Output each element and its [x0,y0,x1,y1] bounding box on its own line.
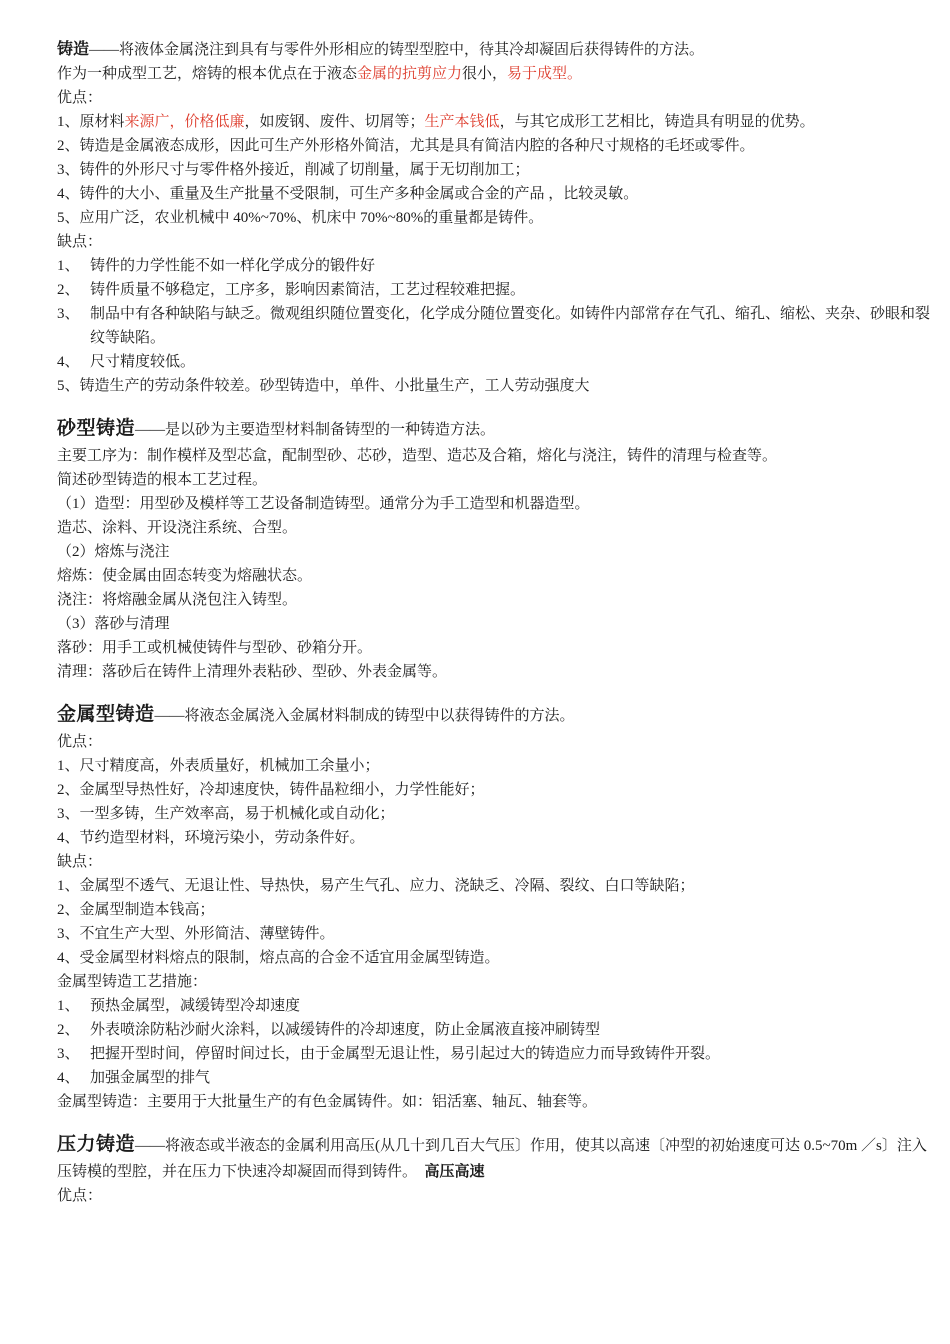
text-line: 清理：落砂后在铸件上清理外表粘砂、型砂、外表金属等。 [57,660,936,684]
text-line: 金属型铸造：主要用于大批量生产的有色金属铸件。如：铝活塞、轴瓦、轴套等。 [57,1090,936,1114]
text-segment: ——将液态金属浇入金属材料制成的铸型中以获得铸件的方法。 [155,708,575,724]
text-segment: 把握开型时间，停留时间过长，由于金属型无退让性，易引起过大的铸造应力而导致铸件开… [90,1046,720,1062]
text-segment: 清理：落砂后在铸件上清理外表粘砂、型砂、外表金属等。 [57,664,447,680]
section-heading: 砂型铸造 [57,418,135,439]
text-segment: 2、金属型导热性好，冷却速度快，铸件晶粒细小，力学性能好； [57,782,485,798]
text-segment: 外表喷涂防粘沙耐火涂料，以减缓铸件的冷却速度，防止金属液直接冲刷铸型 [90,1022,600,1038]
text-segment: 2、铸造是金属液态成形，因此可生产外形格外简洁，尤其是具有简洁内腔的各种尺寸规格… [57,138,755,154]
text-segment: 金属型铸造：主要用于大批量生产的有色金属铸件。如：铝活塞、轴瓦、轴套等。 [57,1094,597,1110]
section-heading: 金属型铸造 [57,704,155,725]
text-line: 缺点： [57,850,936,874]
text-line: 金属型铸造工艺措施： [57,970,936,994]
numbered-item: 3、把握开型时间，停留时间过长，由于金属型无退让性，易引起过大的铸造应力而导致铸… [57,1042,936,1066]
text-segment: 缺点： [57,234,102,250]
text-segment: 2、金属型制造本钱高； [57,902,215,918]
text-segment: 简述砂型铸造的根本工艺过程。 [57,472,267,488]
text-segment: （1）造型：用型砂及模样等工艺设备制造铸型。通常分为手工造型和机器造型。 [57,496,590,512]
item-number: 3、 [57,1042,90,1066]
text-line: 1、金属型不透气、无退让性、导热快，易产生气孔、应力、浇缺乏、冷隔、裂纹、白口等… [57,874,936,898]
text-segment: 优点： [57,90,102,106]
text-segment: 造芯、涂料、开设浇注系统、合型。 [57,520,297,536]
text-line: 1、尺寸精度高，外表质量好，机械加工余量小； [57,754,936,778]
numbered-item: 1、预热金属型，减缓铸型冷却速度 [57,994,936,1018]
text-segment: 熔炼：使金属由固态转变为熔融状态。 [57,568,312,584]
text-segment: 4、节约造型材料，环境污染小，劳动条件好。 [57,830,365,846]
text-line: 铸造——将液体金属浇注到具有与零件外形相应的铸型型腔中，待其冷却凝固后获得铸件的… [57,38,936,62]
text-line: 压力铸造——将液态或半液态的金属利用高压(从几十到几百大气压〕作用，使其以高速〔… [57,1130,936,1184]
blank-line [57,398,936,414]
item-text: 加强金属型的排气 [90,1066,936,1090]
highlighted-text: 来源广，价格低廉 [125,114,245,130]
item-number: 4、 [57,1066,90,1090]
numbered-item: 1、铸件的力学性能不如一样化学成分的锻件好 [57,254,936,278]
item-number: 2、 [57,278,90,302]
text-segment: 制品中有各种缺陷与缺乏。微观组织随位置变化，化学成分随位置变化。如铸件内部常存在… [90,306,930,346]
text-line: 造芯、涂料、开设浇注系统、合型。 [57,516,936,540]
text-segment: 落砂：用手工或机械使铸件与型砂、砂箱分开。 [57,640,372,656]
blank-line [57,1114,936,1130]
text-segment: 4、铸件的大小、重量及生产批量不受限制，可生产多种金属或合金的产品 ，比较灵敏。 [57,186,638,202]
text-segment: ，与其它成形工艺相比，铸造具有明显的优势。 [500,114,815,130]
highlighted-text: 金属的抗剪应力 [357,66,462,82]
blank-line [57,684,936,700]
text-line: 优点： [57,1184,936,1208]
text-segment: 主要工序为：制作模样及型芯盒，配制型砂、芯砂，造型、造芯及合箱，熔化与浇注，铸件… [57,448,777,464]
text-segment: （2）熔炼与浇注 [57,544,170,560]
numbered-item: 2、外表喷涂防粘沙耐火涂料，以减缓铸件的冷却速度，防止金属液直接冲刷铸型 [57,1018,936,1042]
item-number: 1、 [57,254,90,278]
text-line: 4、节约造型材料，环境污染小，劳动条件好。 [57,826,936,850]
item-text: 预热金属型，减缓铸型冷却速度 [90,994,936,1018]
text-segment: 优点： [57,1188,102,1204]
text-line: 5、应用广泛，农业机械中 40%~70%、机床中 70%~80%的重量都是铸件。 [57,206,936,230]
item-text: 外表喷涂防粘沙耐火涂料，以减缓铸件的冷却速度，防止金属液直接冲刷铸型 [90,1018,936,1042]
item-number: 2、 [57,1018,90,1042]
text-segment: 1、尺寸精度高，外表质量好，机械加工余量小； [57,758,380,774]
text-segment: 金属型铸造工艺措施： [57,974,207,990]
text-line: 2、金属型导热性好，冷却速度快，铸件晶粒细小，力学性能好； [57,778,936,802]
text-line: 2、铸造是金属液态成形，因此可生产外形格外简洁，尤其是具有简洁内腔的各种尺寸规格… [57,134,936,158]
item-text: 把握开型时间，停留时间过长，由于金属型无退让性，易引起过大的铸造应力而导致铸件开… [90,1042,936,1066]
text-segment: 1、原材料 [57,114,125,130]
highlighted-text: 易于成型。 [507,66,582,82]
text-segment: 预热金属型，减缓铸型冷却速度 [90,998,300,1014]
text-segment: 5、应用广泛，农业机械中 40%~70%、机床中 70%~80%的重量都是铸件。 [57,210,543,226]
numbered-item: 3、制品中有各种缺陷与缺乏。微观组织随位置变化，化学成分随位置变化。如铸件内部常… [57,302,936,350]
text-segment: 优点： [57,734,102,750]
text-line: 2、金属型制造本钱高； [57,898,936,922]
text-line: 金属型铸造——将液态金属浇入金属材料制成的铸型中以获得铸件的方法。 [57,700,936,730]
text-line: 4、铸件的大小、重量及生产批量不受限制，可生产多种金属或合金的产品 ，比较灵敏。 [57,182,936,206]
text-line: 缺点： [57,230,936,254]
text-segment: ——将液体金属浇注到具有与零件外形相应的铸型型腔中，待其冷却凝固后获得铸件的方法… [89,42,704,58]
text-segment: 铸件的力学性能不如一样化学成分的锻件好 [90,258,375,274]
item-number: 1、 [57,994,90,1018]
text-line: 4、受金属型材料熔点的限制，熔点高的合金不适宜用金属型铸造。 [57,946,936,970]
text-segment: 1、金属型不透气、无退让性、导热快，易产生气孔、应力、浇缺乏、冷隔、裂纹、白口等… [57,878,695,894]
section-heading: 压力铸造 [57,1134,135,1155]
text-segment: （3）落砂与清理 [57,616,170,632]
numbered-item: 4、尺寸精度较低。 [57,350,936,374]
text-line: 5、铸造生产的劳动条件较差。砂型铸造中，单件、小批量生产，工人劳动强度大 [57,374,936,398]
text-line: （1）造型：用型砂及模样等工艺设备制造铸型。通常分为手工造型和机器造型。 [57,492,936,516]
text-segment: 铸件质量不够稳定，工序多，影响因素简洁，工艺过程较难把握。 [90,282,525,298]
text-line: 作为一种成型工艺，熔铸的根本优点在于液态金属的抗剪应力很小，易于成型。 [57,62,936,86]
text-segment: 3、铸件的外形尺寸与零件格外接近，削减了切削量，属于无切削加工； [57,162,530,178]
document-page: 铸造——将液体金属浇注到具有与零件外形相应的铸型型腔中，待其冷却凝固后获得铸件的… [0,0,950,1344]
numbered-item: 4、加强金属型的排气 [57,1066,936,1090]
text-segment: ——将液态或半液态的金属利用高压(从几十到几百大气压〕作用，使其以高速〔冲型的初… [57,1138,927,1180]
highlighted-text: 生产本钱低 [425,114,500,130]
text-segment: 很小， [462,66,507,82]
text-line: 简述砂型铸造的根本工艺过程。 [57,468,936,492]
text-line: 优点： [57,730,936,754]
text-line: 浇注：将熔融金属从浇包注入铸型。 [57,588,936,612]
text-segment: 作为一种成型工艺，熔铸的根本优点在于液态 [57,66,357,82]
text-segment: ，如废钢、废件、切屑等； [245,114,425,130]
text-line: 熔炼：使金属由固态转变为熔融状态。 [57,564,936,588]
text-line: 砂型铸造——是以砂为主要造型材料制备铸型的一种铸造方法。 [57,414,936,444]
text-segment: 3、一型多铸，生产效率高，易于机械化或自动化； [57,806,395,822]
text-segment: 缺点： [57,854,102,870]
text-line: 落砂：用手工或机械使铸件与型砂、砂箱分开。 [57,636,936,660]
text-line: 3、不宜生产大型、外形简洁、薄壁铸件。 [57,922,936,946]
text-line: 3、一型多铸，生产效率高，易于机械化或自动化； [57,802,936,826]
text-segment: 3、不宜生产大型、外形简洁、薄壁铸件。 [57,926,335,942]
text-segment: ——是以砂为主要造型材料制备铸型的一种铸造方法。 [135,422,495,438]
text-line: （3）落砂与清理 [57,612,936,636]
term-heading: 铸造 [57,41,89,58]
text-segment: 浇注：将熔融金属从浇包注入铸型。 [57,592,297,608]
text-segment: 高压高速 [425,1164,485,1180]
text-segment: 加强金属型的排气 [90,1070,210,1086]
numbered-item: 2、铸件质量不够稳定，工序多，影响因素简洁，工艺过程较难把握。 [57,278,936,302]
item-number: 3、 [57,302,90,350]
text-segment: 尺寸精度较低。 [90,354,195,370]
text-line: 优点： [57,86,936,110]
text-line: 3、铸件的外形尺寸与零件格外接近，削减了切削量，属于无切削加工； [57,158,936,182]
text-line: 1、原材料来源广，价格低廉，如废钢、废件、切屑等；生产本钱低，与其它成形工艺相比… [57,110,936,134]
item-text: 铸件的力学性能不如一样化学成分的锻件好 [90,254,936,278]
item-text: 尺寸精度较低。 [90,350,936,374]
item-number: 4、 [57,350,90,374]
text-line: （2）熔炼与浇注 [57,540,936,564]
text-line: 主要工序为：制作模样及型芯盒，配制型砂、芯砂，造型、造芯及合箱，熔化与浇注，铸件… [57,444,936,468]
item-text: 铸件质量不够稳定，工序多，影响因素简洁，工艺过程较难把握。 [90,278,936,302]
text-segment: 5、铸造生产的劳动条件较差。砂型铸造中，单件、小批量生产，工人劳动强度大 [57,378,590,394]
text-segment: 4、受金属型材料熔点的限制，熔点高的合金不适宜用金属型铸造。 [57,950,500,966]
item-text: 制品中有各种缺陷与缺乏。微观组织随位置变化，化学成分随位置变化。如铸件内部常存在… [90,302,936,350]
